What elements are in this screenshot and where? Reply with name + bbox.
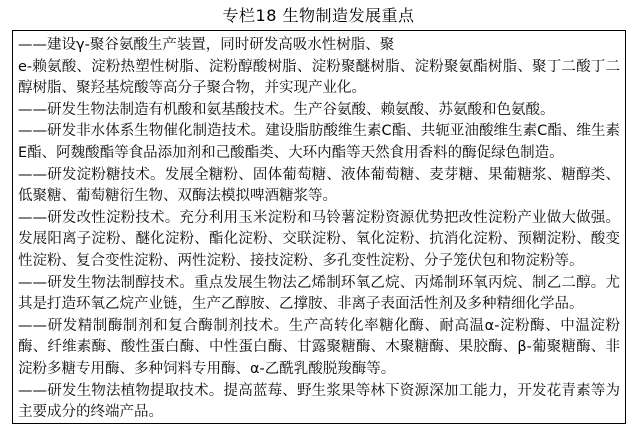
column-text-box: ——建设γ-聚谷氨酸生产装置，同时研发高吸水性树脂、聚 e-赖氨酸、淀粉热塑性树…: [12, 30, 626, 424]
page-title: 专栏18 生物制造发展重点: [0, 0, 637, 26]
paragraph-starch-sugar: ——研发淀粉糖技术。发展全糖粉、固体葡萄糖、液体葡萄糖、麦芽糖、果葡糖浆、糖醇类…: [18, 165, 620, 208]
paragraph-polymer-materials: ——建设γ-聚谷氨酸生产装置，同时研发高吸水性树脂、聚 e-赖氨酸、淀粉热塑性树…: [18, 35, 620, 100]
paragraph-bio-alcohol: ——研发生物法制醇技术。重点发展生物法乙烯制环氧乙烷、丙烯制环氧丙烷、制乙二醇。…: [18, 273, 620, 316]
paragraph-modified-starch: ——研发改性淀粉技术。充分利用玉米淀粉和马铃薯淀粉资源优势把改性淀粉产业做大做强…: [18, 208, 620, 273]
paragraph-biocatalysis: ——研发非水体系生物催化制造技术。建设脂肪酸维生素C酯、共轭亚油酸维生素C酯、维…: [18, 121, 620, 164]
paragraph-organic-amino-acids: ——研发生物法制造有机酸和氨基酸技术。生产谷氨酸、赖氨酸、苏氨酸和色氨酸。: [18, 100, 620, 122]
paragraph-enzyme-preparations: ——研发精制酶制剂和复合酶制剂技术。生产高转化率糖化酶、耐高温α-淀粉酶、中温淀…: [18, 316, 620, 381]
document-page: 专栏18 生物制造发展重点 ——建设γ-聚谷氨酸生产装置，同时研发高吸水性树脂、…: [0, 0, 637, 428]
paragraph-plant-extraction: ——研发生物法植物提取技术。提高蓝莓、野生浆果等林下资源深加工能力，开发花青素等…: [18, 381, 620, 424]
